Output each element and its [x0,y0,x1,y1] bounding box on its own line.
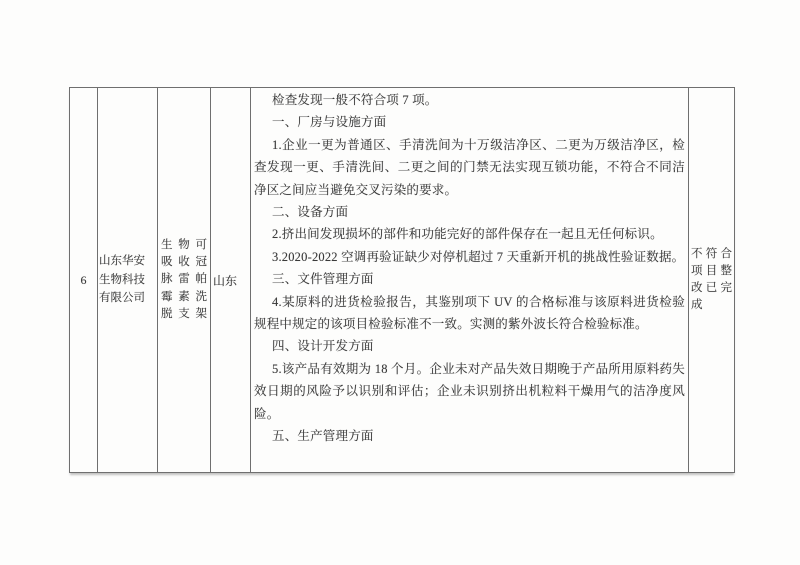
rectification-status-text: 不符合项目整改已完成 [691,246,732,315]
company-cell: 山东华安生物科技有限公司 [98,88,158,472]
inspection-findings-table: 6 山东华安生物科技有限公司 生物可吸收冠脉雷帕霉素洗脱支架 山东 检查发现一般… [69,87,735,473]
findings-cell: 检查发现一般不符合项 7 项。一、厂房与设施方面1.企业一更为普通区、手清洗间为… [251,88,689,472]
scanned-document-page: 6 山东华安生物科技有限公司 生物可吸收冠脉雷帕霉素洗脱支架 山东 检查发现一般… [0,0,800,565]
province-name: 山东 [213,272,250,289]
company-name: 山东华安生物科技有限公司 [99,252,157,308]
rectification-status-cell: 不符合项目整改已完成 [689,88,734,472]
row-number: 6 [81,273,87,288]
province-cell: 山东 [211,88,251,472]
row-number-cell: 6 [70,88,98,472]
product-name: 生物可吸收冠脉雷帕霉素洗脱支架 [161,237,207,323]
findings-text: 检查发现一般不符合项 7 项。一、厂房与设施方面1.企业一更为普通区、手清洗间为… [254,89,685,448]
product-cell: 生物可吸收冠脉雷帕霉素洗脱支架 [158,88,211,472]
